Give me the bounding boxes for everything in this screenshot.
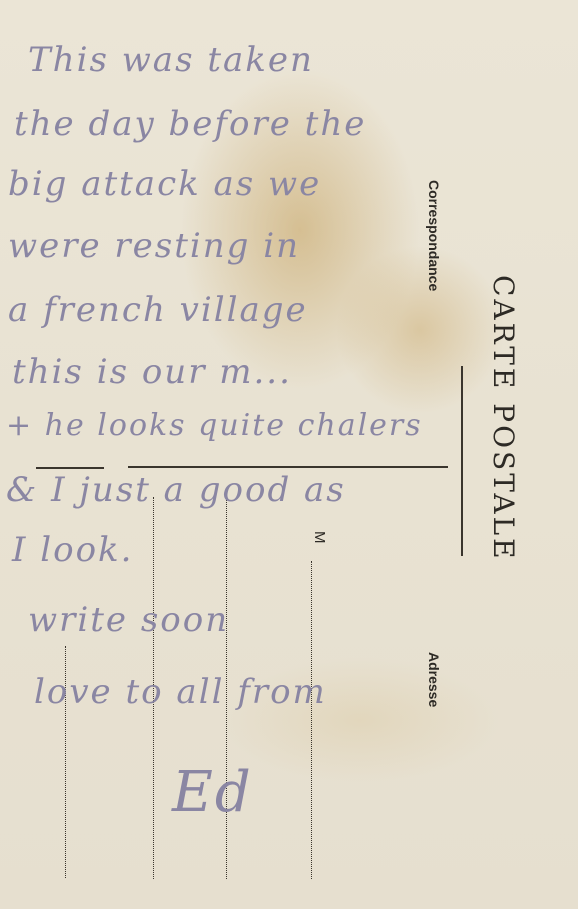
stamp-box-line-left [36,467,104,469]
handwritten-line: write soon [28,600,229,640]
address-label: Adresse [426,652,442,707]
correspondence-label: Correspondance [426,180,442,291]
handwritten-line: + he looks quite chalers [6,408,423,443]
postcard-title: CARTE POSTALE [487,275,520,562]
handwritten-line: big attack as we [8,164,321,204]
center-divider-line [461,366,463,556]
handwritten-line: I look. [12,530,133,570]
handwritten-line: This was taken [28,40,314,80]
postcard-back: CARTE POSTALE Correspondance Adresse M T… [0,0,578,909]
address-dotted-line [311,561,312,879]
handwritten-line: & I just a good as [6,470,346,510]
handwritten-line: love to all from [34,672,327,712]
stamp-box-line-right [128,466,448,468]
handwritten-line: this is our m... [12,352,292,392]
handwritten-line: the day before the [14,104,366,144]
signature: Ed [172,760,253,825]
addressee-prefix: M [311,531,328,544]
handwritten-line: a french village [8,290,308,330]
handwritten-line: were resting in [8,226,300,266]
